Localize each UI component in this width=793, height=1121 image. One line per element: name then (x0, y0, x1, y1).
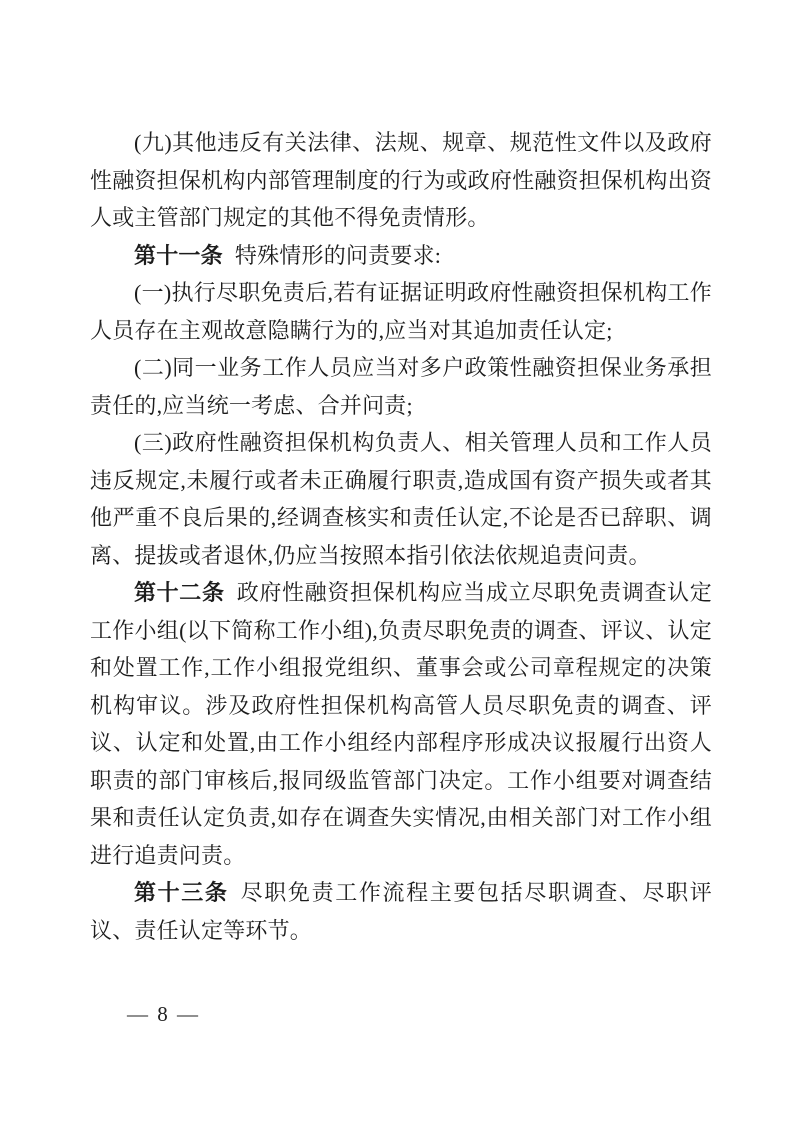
clause-paragraph: (二)同一业务工作人员应当对多户政策性融资担保业务承担责任的,应当统一考虑、合并… (90, 349, 712, 424)
clause-number: 第十一条 (134, 243, 223, 268)
clause-text: 政府性融资担保机构应当成立尽职免责调查认定工作小组(以下简称工作小组),负责尽职… (90, 580, 712, 868)
clause-text: (二)同一业务工作人员应当对多户政策性融资担保业务承担责任的,应当统一考虑、合并… (90, 355, 712, 418)
clause-text: (一)执行尽职免责后,若有证据证明政府性融资担保机构工作人员存在主观故意隐瞒行为… (90, 280, 712, 343)
clause-paragraph: 第十三条尽职免责工作流程主要包括尽职调查、尽职评议、责任认定等环节。 (90, 874, 712, 949)
clause-number: 第十二条 (134, 580, 225, 605)
clause-text: (三)政府性融资担保机构负责人、相关管理人员和工作人员违反规定,未履行或者未正确… (90, 430, 712, 568)
clause-paragraph: (三)政府性融资担保机构负责人、相关管理人员和工作人员违反规定,未履行或者未正确… (90, 424, 712, 574)
document-page: (九)其他违反有关法律、法规、规章、规范性文件以及政府性融资担保机构内部管理制度… (0, 0, 793, 1121)
clause-paragraph: 第十二条政府性融资担保机构应当成立尽职免责调查认定工作小组(以下简称工作小组),… (90, 574, 712, 874)
document-body: (九)其他违反有关法律、法规、规章、规范性文件以及政府性融资担保机构内部管理制度… (90, 124, 712, 949)
page-number: — 8 — (127, 1002, 200, 1027)
clause-paragraph: (一)执行尽职免责后,若有证据证明政府性融资担保机构工作人员存在主观故意隐瞒行为… (90, 274, 712, 349)
clause-text: (九)其他违反有关法律、法规、规章、规范性文件以及政府性融资担保机构内部管理制度… (90, 130, 712, 230)
clause-paragraph: 第十一条特殊情形的问责要求: (90, 237, 712, 275)
clause-text: 特殊情形的问责要求: (235, 243, 441, 268)
clause-number: 第十三条 (134, 880, 229, 905)
clause-paragraph: (九)其他违反有关法律、法规、规章、规范性文件以及政府性融资担保机构内部管理制度… (90, 124, 712, 237)
